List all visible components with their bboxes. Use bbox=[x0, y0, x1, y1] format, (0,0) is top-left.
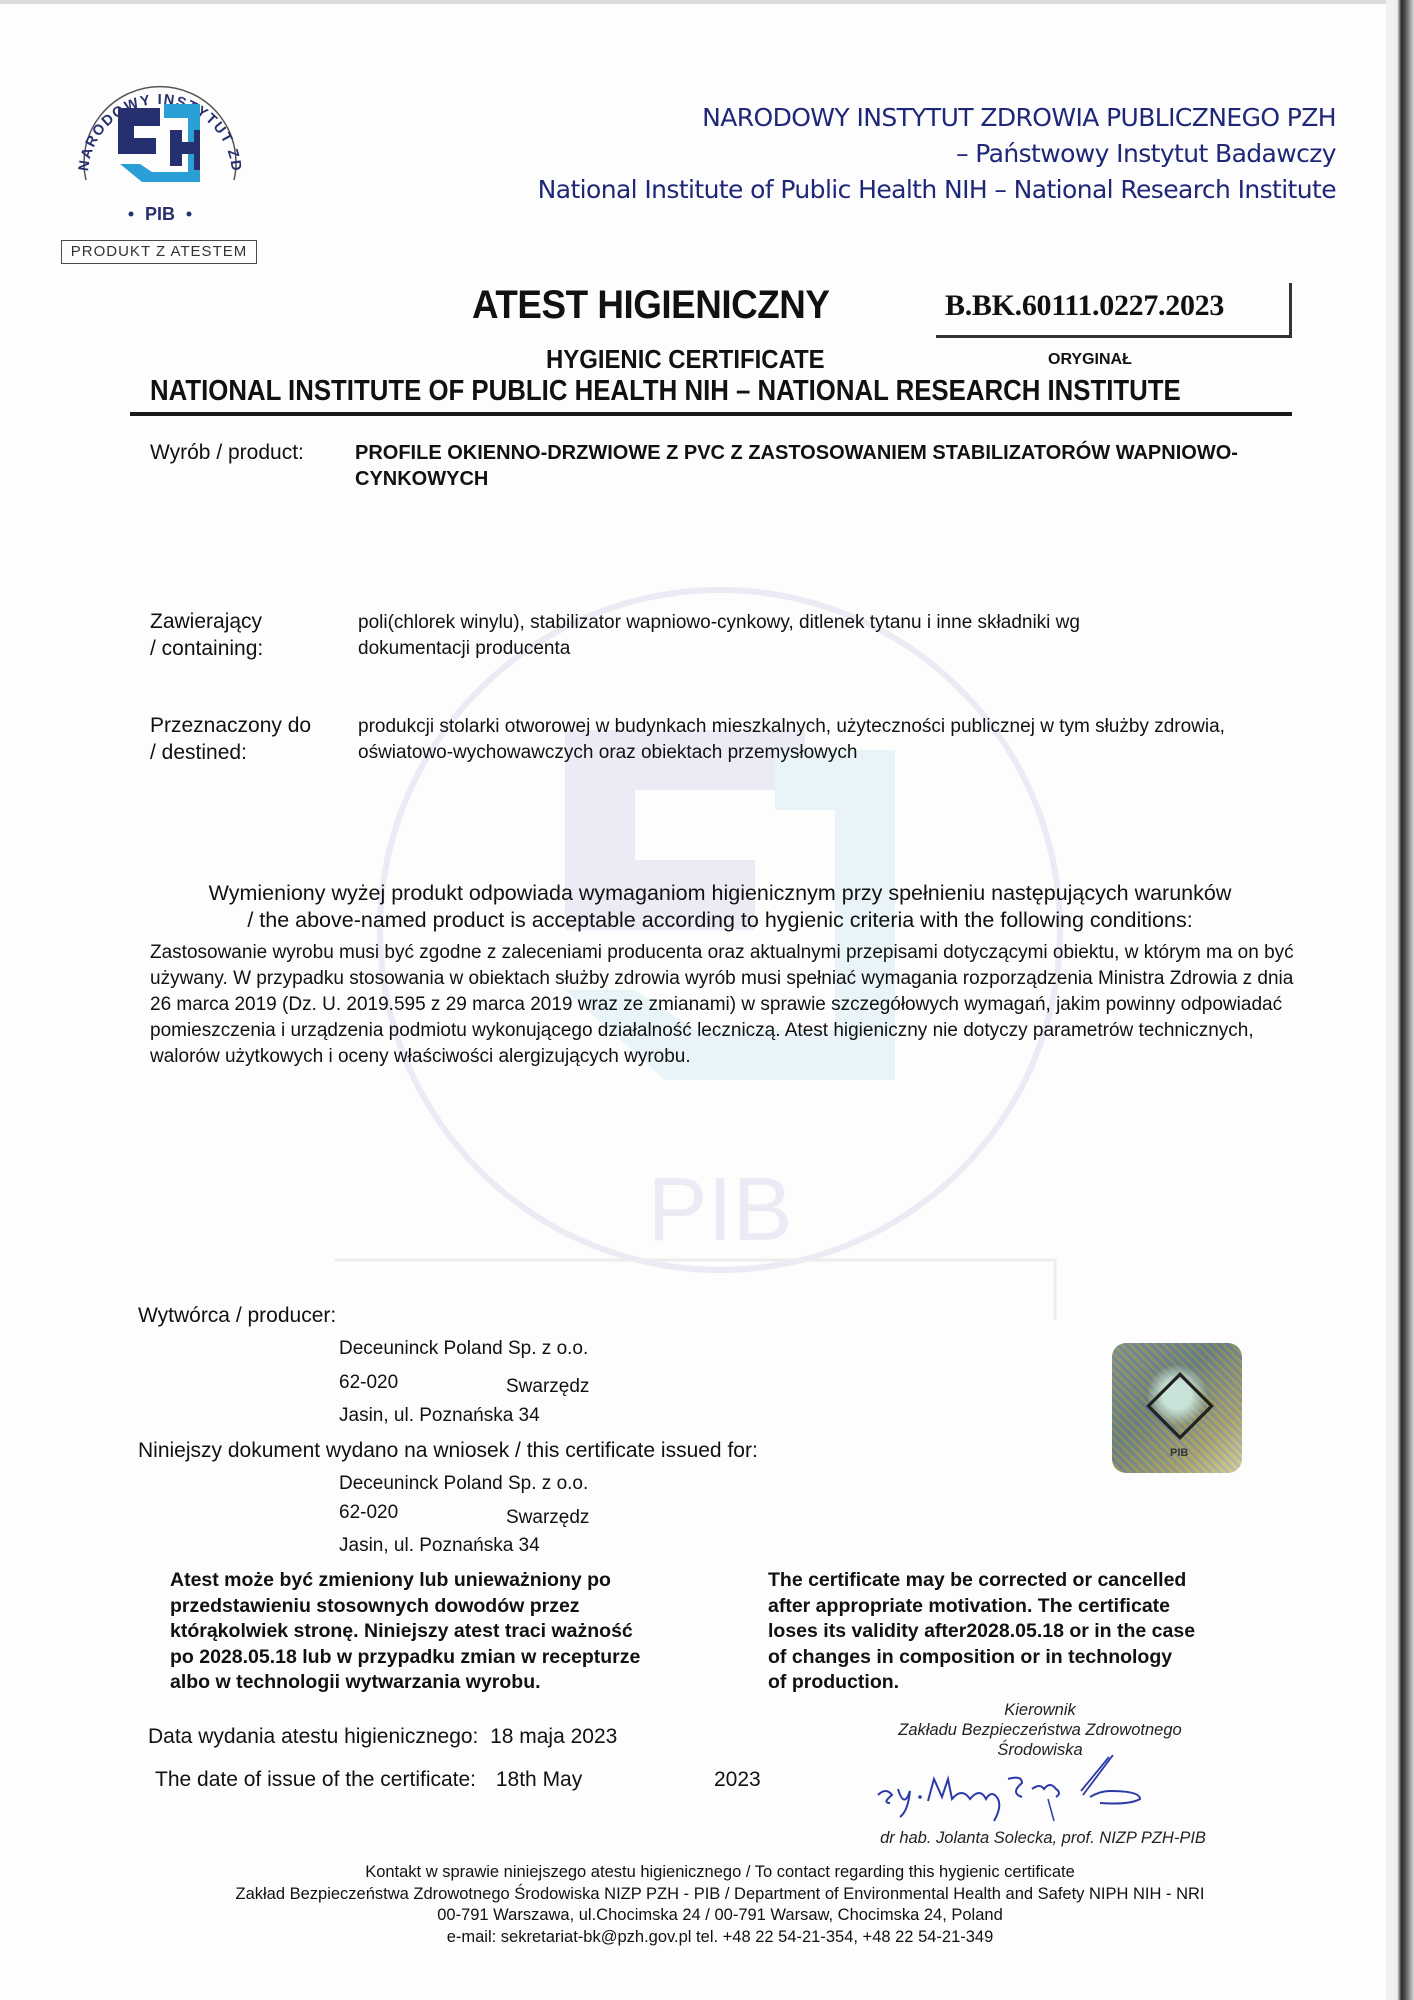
issued-for-city: Swarzędz bbox=[506, 1507, 589, 1529]
containing-label: Zawierający / containing: bbox=[150, 608, 263, 662]
svg-text:PIB: PIB bbox=[647, 1160, 792, 1260]
certificate-number: B.BK.60111.0227.2023 bbox=[945, 289, 1224, 323]
issue-date-pl: Data wydania atestu higienicznego: 18 ma… bbox=[148, 1725, 617, 1749]
destined-value: produkcji stolarki otworowej w budynkach… bbox=[358, 714, 1278, 766]
institute-header: NARODOWY INSTYTUT ZDROWIA PUBLICZNEGO PZ… bbox=[538, 100, 1336, 208]
containing-value: poli(chlorek winylu), stabilizator wapni… bbox=[358, 610, 1188, 662]
institute-status-pl: – Państwowy Instytut Badawczy bbox=[538, 136, 1336, 172]
institute-name-pl: NARODOWY INSTYTUT ZDROWIA PUBLICZNEGO PZ… bbox=[538, 100, 1336, 136]
pzh-emblem-icon: NARODOWY INSTYTUT ZDROWIA PUBLICZNEGO PI… bbox=[60, 58, 260, 238]
contact-email-phone: e-mail: sekretariat-bk@pzh.gov.pl tel. +… bbox=[140, 1927, 1300, 1949]
producer-street: Jasin, ul. Poznańska 34 bbox=[339, 1405, 540, 1427]
product-label: Wyrób / product: bbox=[150, 439, 304, 466]
handwritten-signature bbox=[858, 1755, 1198, 1825]
issued-for-street: Jasin, ul. Poznańska 34 bbox=[339, 1535, 540, 1557]
producer-city: Swarzędz bbox=[506, 1376, 589, 1398]
issued-for-postal-code: 62-020 bbox=[339, 1502, 398, 1524]
issued-for-label: Niniejszy dokument wydano na wniosek / t… bbox=[138, 1439, 758, 1463]
conditions-body: Zastosowanie wyrobu musi być zgodne z za… bbox=[150, 940, 1295, 1070]
document-title: ATEST HIGIENICZNY bbox=[472, 283, 829, 328]
issue-date-value-pl: 18 maja 2023 bbox=[490, 1725, 617, 1748]
validity-note-pl: Atest może być zmieniony lub unieważnion… bbox=[170, 1568, 640, 1696]
product-value: PROFILE OKIENNO-DRZWIOWE Z PVC Z ZASTOSO… bbox=[355, 440, 1295, 492]
validity-note-en: The certificate may be corrected or canc… bbox=[768, 1568, 1195, 1696]
signatory-name: dr hab. Jolanta Solecka, prof. NIZP PZH-… bbox=[858, 1828, 1228, 1848]
issued-for-name: Deceuninck Poland Sp. z o.o. bbox=[339, 1473, 588, 1495]
destined-label: Przeznaczony do / destined: bbox=[150, 712, 311, 766]
issue-date-year-en: 2023 bbox=[714, 1768, 761, 1792]
svg-text:PIB: PIB bbox=[145, 204, 175, 224]
hologram-emblem-icon bbox=[1146, 1372, 1214, 1440]
contact-footer: Kontakt w sprawie niniejszego atestu hig… bbox=[140, 1862, 1300, 1948]
document-subtitle: HYGIENIC CERTIFICATE bbox=[546, 344, 825, 375]
producer-name: Deceuninck Poland Sp. z o.o. bbox=[339, 1338, 588, 1360]
header-divider bbox=[130, 412, 1292, 416]
hologram-seal: PIB bbox=[1112, 1343, 1242, 1473]
pzh-logo: NARODOWY INSTYTUT ZDROWIA PUBLICZNEGO PI… bbox=[60, 58, 260, 268]
issue-date-value-en: 18th May bbox=[496, 1768, 582, 1791]
producer-label: Wytwórca / producer: bbox=[138, 1304, 336, 1328]
original-label: ORYGINAŁ bbox=[1048, 351, 1132, 369]
producer-postal-code: 62-020 bbox=[339, 1372, 398, 1394]
logo-badge: PRODUKT Z ATESTEM bbox=[61, 240, 257, 264]
signatory-title: Kierownik Zakładu Bezpieczeństwa Zdrowot… bbox=[870, 1700, 1210, 1760]
issue-date-en: The date of issue of the certificate: 18… bbox=[155, 1768, 582, 1792]
conditions-heading: Wymieniony wyżej produkt odpowiada wymag… bbox=[150, 880, 1290, 934]
institute-name-en: National Institute of Public Health NIH … bbox=[538, 172, 1336, 208]
page-right-edge bbox=[1386, 0, 1414, 2000]
page-top-edge bbox=[0, 0, 1414, 4]
institute-name-en-caps: NATIONAL INSTITUTE OF PUBLIC HEALTH NIH … bbox=[150, 375, 1181, 408]
